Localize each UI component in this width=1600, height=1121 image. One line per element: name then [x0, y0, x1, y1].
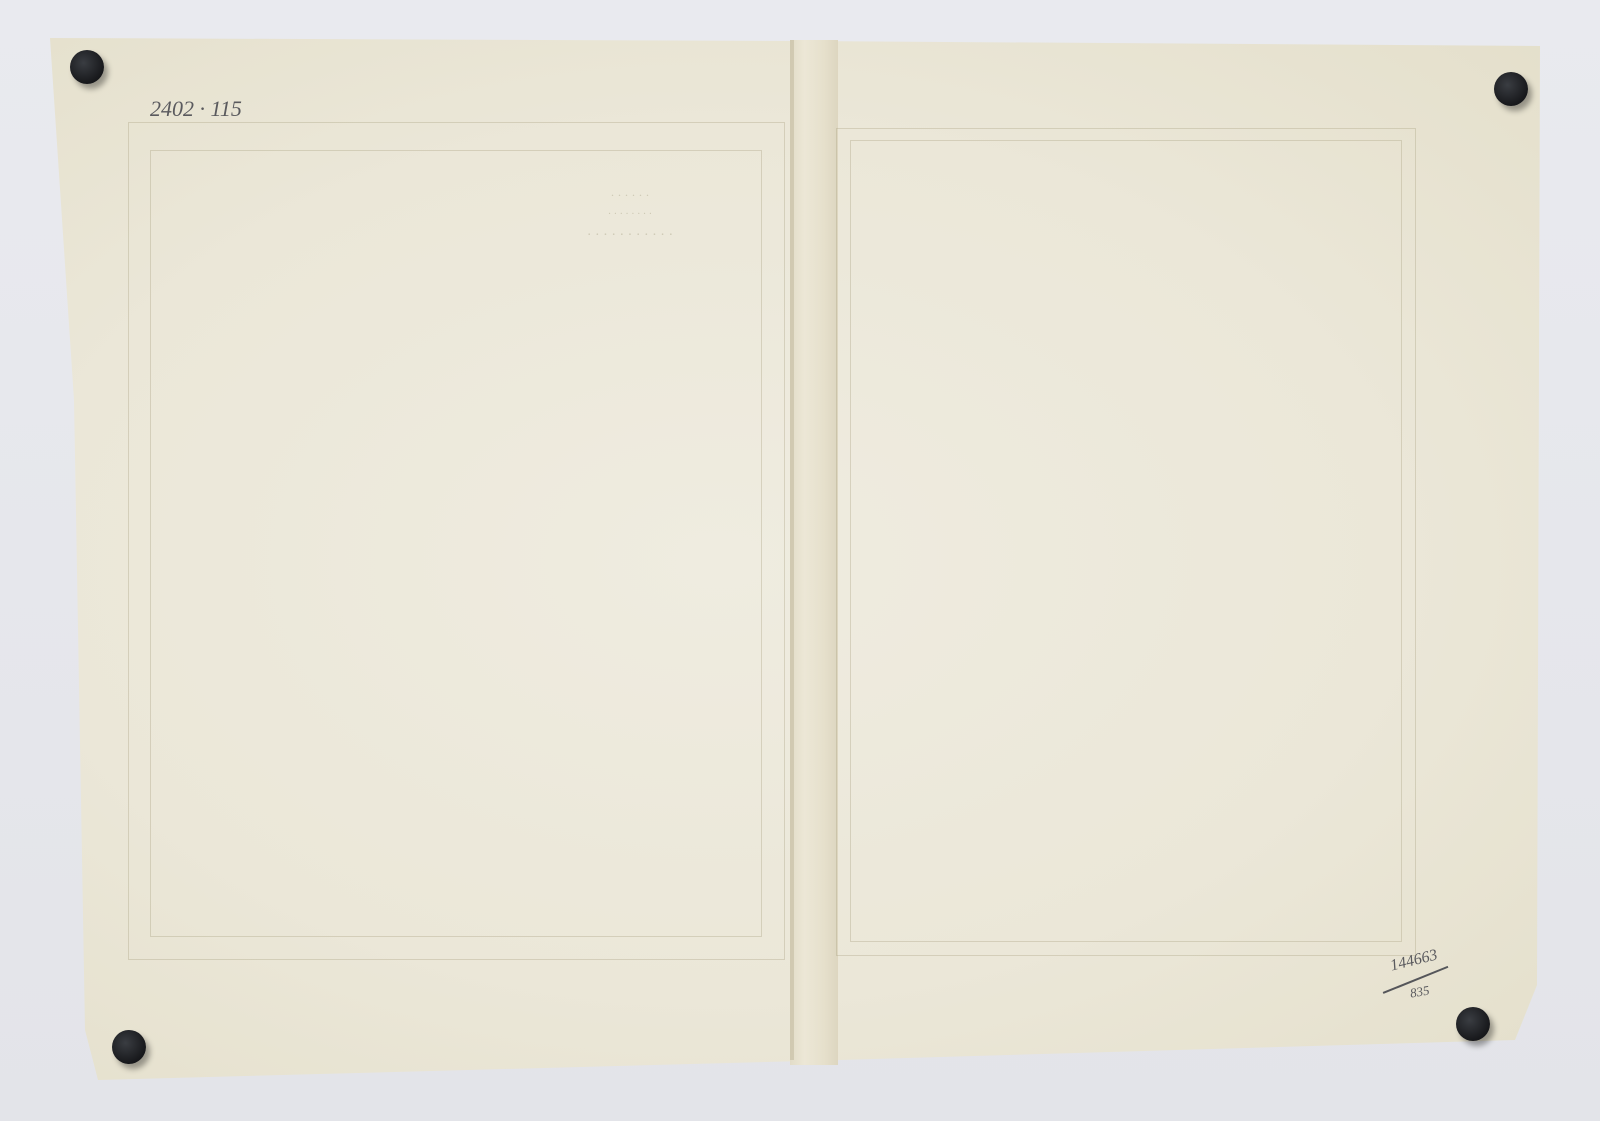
right-map-inner-border — [850, 140, 1402, 942]
map-sheet-back: · · · · · · · · · · · · · · · · · · · · … — [0, 0, 1600, 1121]
magnet-bottom-right — [1456, 1007, 1490, 1041]
inventory-number: 2402 · 115 — [150, 96, 242, 122]
center-fold-strip — [790, 40, 838, 1065]
magnet-bottom-left — [112, 1030, 146, 1064]
magnet-top-right — [1494, 72, 1528, 106]
left-map-inner-border — [150, 150, 762, 937]
magnet-top-left — [70, 50, 104, 84]
catalog-subnumber: 835 — [1409, 982, 1431, 1001]
bleed-through-title: · · · · · · · · · · · · · · · · · · · · … — [530, 188, 730, 244]
fold-crack — [790, 40, 794, 1060]
